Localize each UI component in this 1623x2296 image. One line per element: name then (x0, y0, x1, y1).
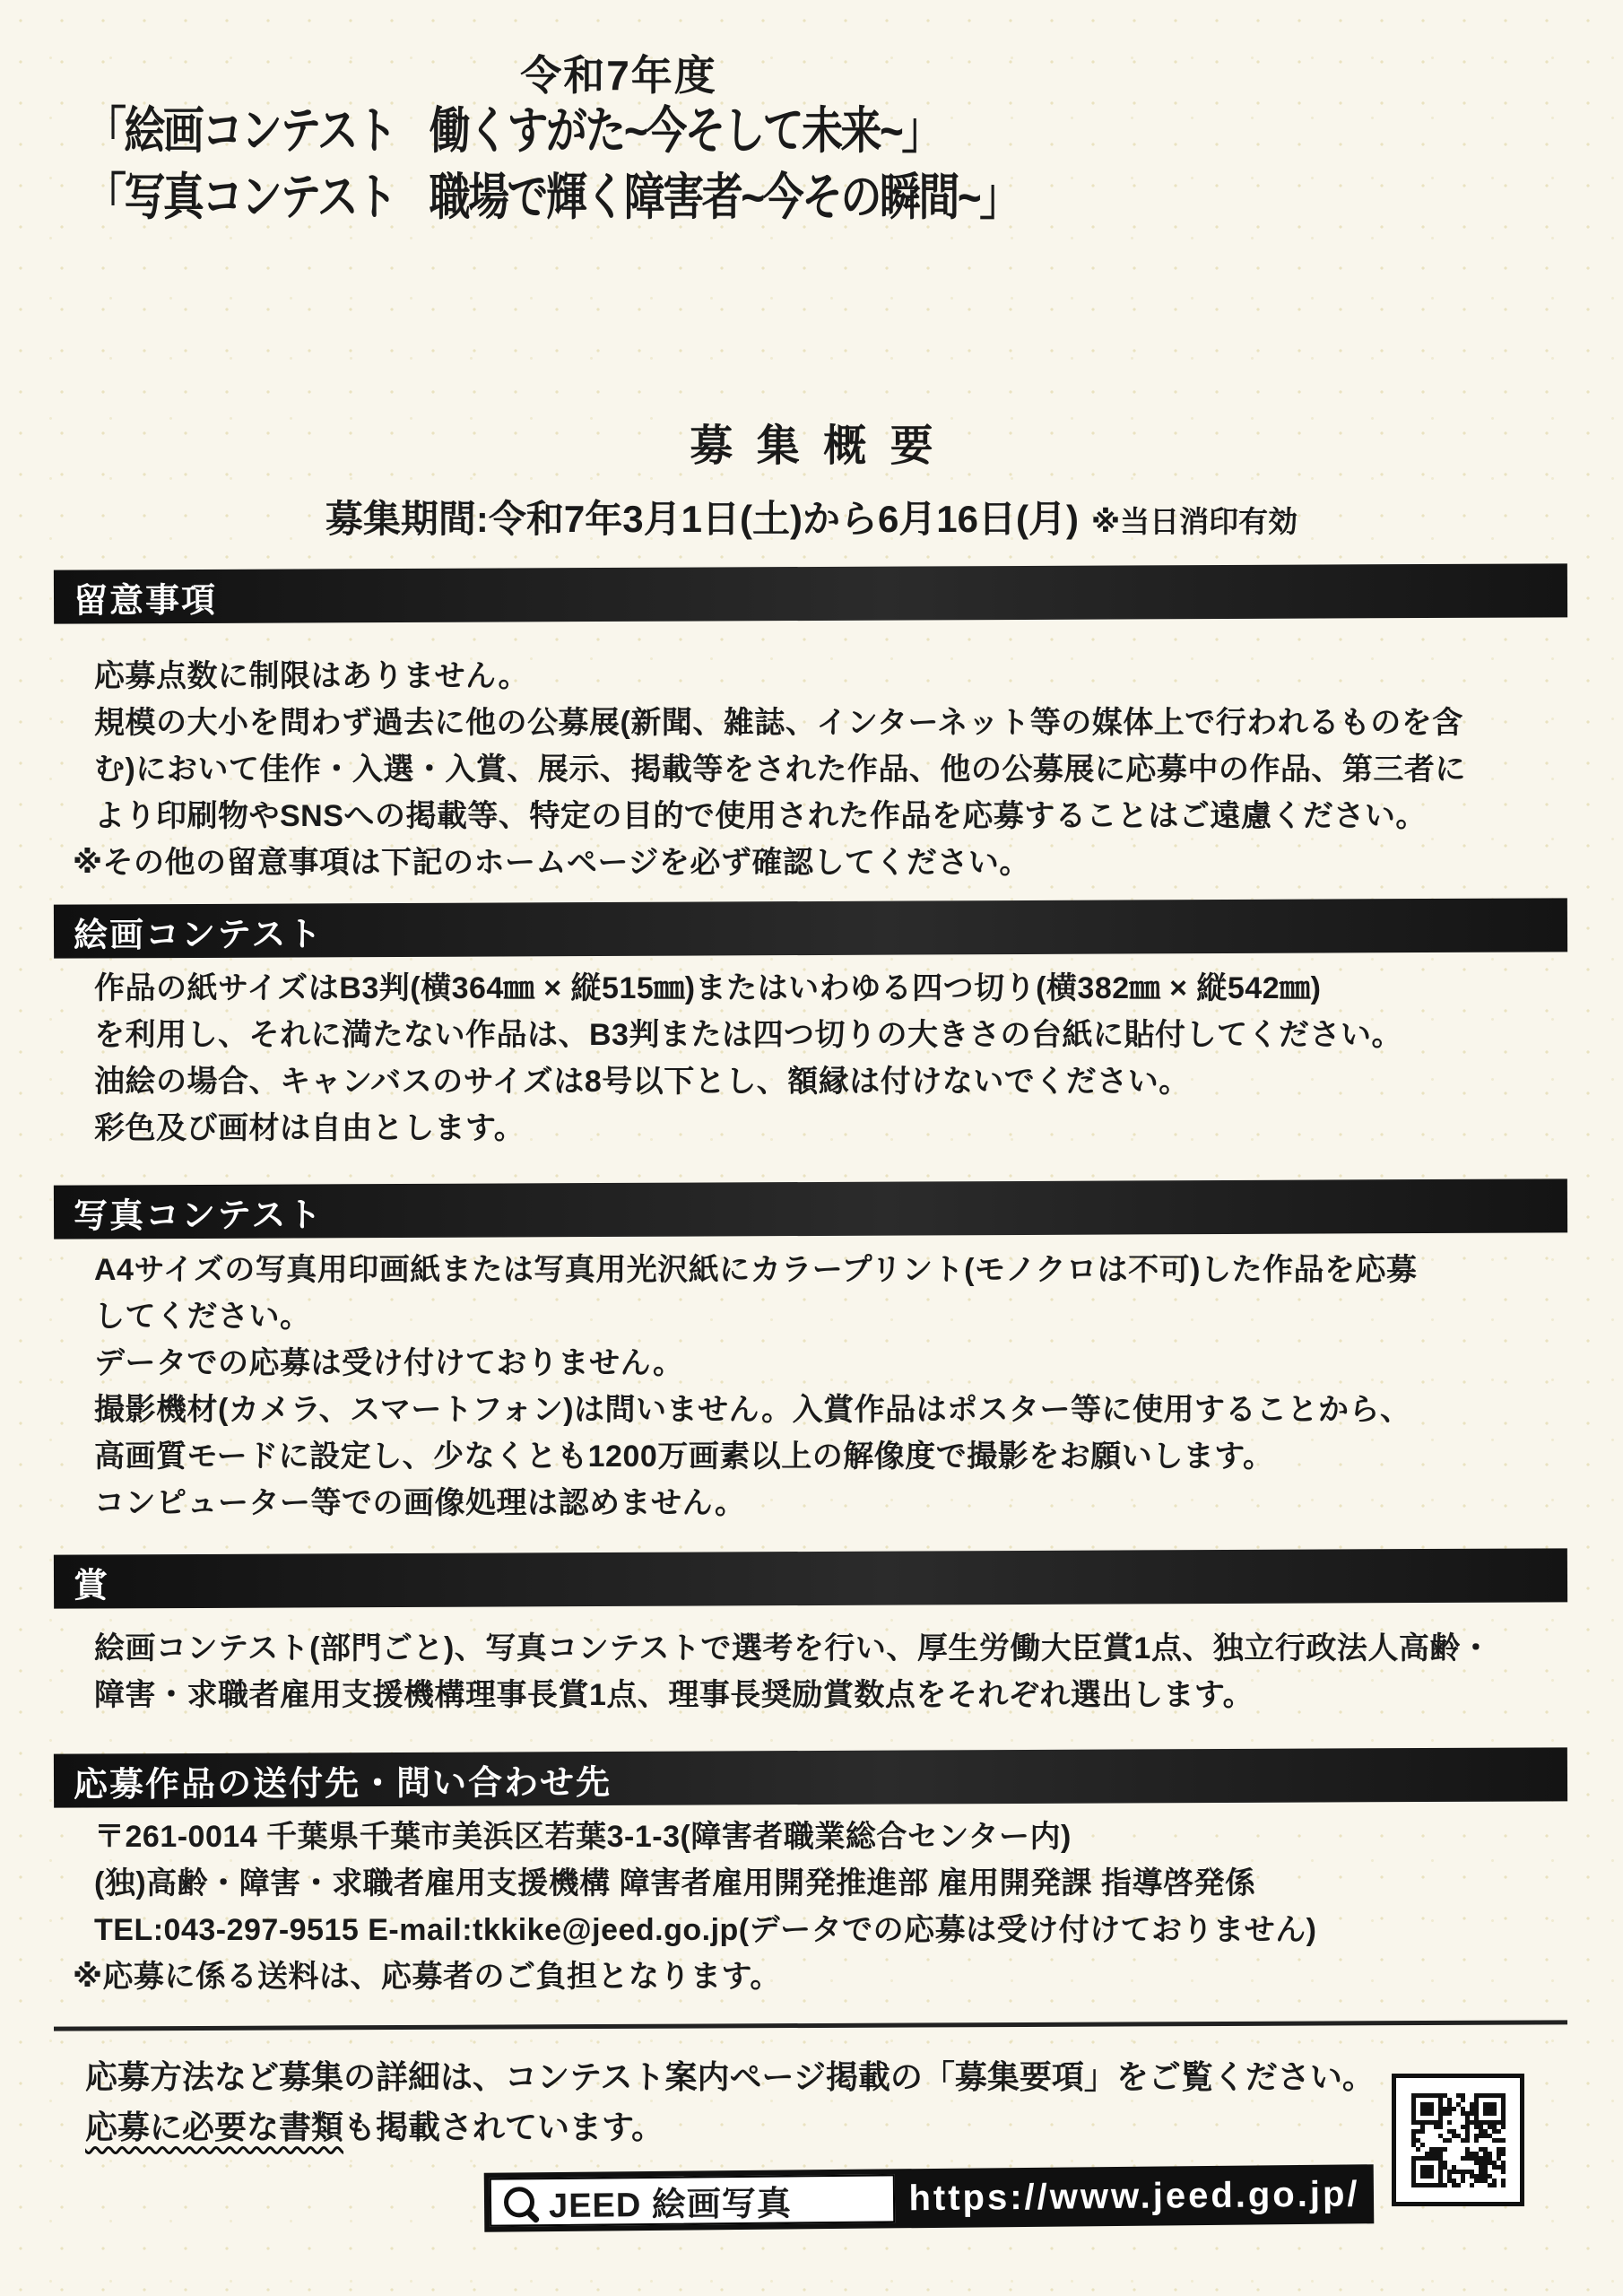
text-line: 規模の大小を問わず過去に他の公募展(新聞、雑誌、インターネット等の媒体上で行われ… (94, 700, 1574, 746)
text-line: より印刷物やSNSへの掲載等、特定の目的で使用された作品を応募することはご遠慮く… (94, 793, 1574, 839)
application-period-text: 募集期間:令和7年3月1日(土)から6月16日(月) (325, 498, 1079, 540)
qr-code (1392, 2074, 1524, 2206)
text-line: 〒261-0014 千葉県千葉市美浜区若葉3-1-3(障害者職業総合センター内) (94, 1813, 1574, 1860)
text-line: ※応募に係る送料は、応募者のご負担となります。 (73, 1953, 1574, 2000)
banner-art-contest: 絵画コンテスト (54, 898, 1567, 958)
text-line: 油絵の場合、キャンバスのサイズは8号以下とし、額縁は付けないでください。 (94, 1058, 1574, 1105)
contest-title-art: 「絵画コンテスト働くすがた~今そして未来~」 (85, 91, 941, 163)
text-line: 作品の紙サイズはB3判(横364㎜ × 縦515㎜)またはいわゆる四つ切り(横3… (94, 965, 1574, 1012)
text-line: (独)高齢・障害・求職者雇用支援機構 障害者雇用開発推進部 雇用開発課 指導啓発… (94, 1860, 1574, 1907)
overview-heading: 募集概要 (0, 411, 1623, 473)
website-url: https://www.jeed.go.jp/ (895, 2174, 1374, 2219)
submission-contact-body: 〒261-0014 千葉県千葉市美浜区若葉3-1-3(障害者職業総合センター内)… (94, 1813, 1574, 2000)
text-line: コンピューター等での画像処理は認めません。 (94, 1480, 1574, 1526)
application-period: 募集期間:令和7年3月1日(土)から6月16日(月)※当日消印有効 (0, 490, 1623, 544)
text-line: A4サイズの写真用印画紙または写真用光沢紙にカラープリント(モノクロは不可)した… (94, 1247, 1574, 1293)
text-line: ※その他の留意事項は下記のホームページを必ず確認してください。 (73, 839, 1574, 886)
footer-docs-emphasis: 応募に必要な書類 (85, 2109, 343, 2145)
contest-title-photo: 「写真コンテスト職場で輝く障害者~今その瞬間~」 (85, 158, 1019, 230)
text-line: TEL:043-297-9515 E-mail:tkkike@jeed.go.j… (94, 1907, 1574, 1953)
footer-detail-line: 応募方法など募集の詳細は、コンテスト案内ページ掲載の「募集要項」をご覧ください。 (85, 2052, 1375, 2098)
footer-docs-rest: も掲載されています。 (343, 2109, 664, 2145)
scanned-flyer: { "colors":{"paper":"#f9f6ec","ink":"#1a… (0, 0, 1623, 2296)
text-line: 撮影機材(カメラ、スマートフォン)は問いません。入賞作品はポスター等に使用するこ… (94, 1387, 1574, 1433)
text-line: データでの応募は受け付けておりません。 (94, 1340, 1574, 1387)
postmark-note: ※当日消印有効 (1091, 505, 1298, 538)
art-contest-body: 作品の紙サイズはB3判(横364㎜ × 縦515㎜)またはいわゆる四つ切り(横3… (94, 965, 1574, 1152)
awards-body: 絵画コンテスト(部門ごと)、写真コンテストで選考を行い、厚生労働大臣賞1点、独立… (94, 1625, 1574, 1718)
banner-notes: 留意事項 (54, 563, 1567, 623)
text-line: 彩色及び画材は自由とします。 (94, 1105, 1574, 1152)
search-icon (504, 2187, 534, 2217)
search-box: JEED 絵画写真 (490, 2174, 895, 2226)
banner-notes-label: 留意事項 (74, 571, 217, 622)
qr-code-pattern (1411, 2093, 1506, 2187)
text-line: してください。 (94, 1293, 1574, 1340)
banner-photo-contest: 写真コンテスト (54, 1178, 1567, 1239)
contest-title-art-theme: 働くすがた~今そして未来~」 (430, 102, 941, 159)
contest-title-photo-name: 「写真コンテスト (85, 169, 395, 225)
contest-title-photo-theme: 職場で輝く障害者~今その瞬間~」 (430, 169, 1019, 225)
notes-body: 応募点数に制限はありません。規模の大小を問わず過去に他の公募展(新聞、雑誌、イン… (94, 653, 1574, 886)
banner-awards-label: 賞 (74, 1557, 109, 1606)
banner-photo-contest-label: 写真コンテスト (74, 1187, 324, 1237)
footer-detail-post: をご覧ください。 (1116, 2058, 1375, 2095)
banner-submission-contact: 応募作品の送付先・問い合わせ先 (54, 1747, 1567, 1807)
text-line: を利用し、それに満たない作品は、B3判または四つ切りの大きさの台紙に貼付してくだ… (94, 1012, 1574, 1058)
footer-detail-pre: 応募方法など募集の詳細は、コンテスト案内ページ掲載の (85, 2058, 923, 2095)
url-bar: JEED 絵画写真 https://www.jeed.go.jp/ (484, 2164, 1375, 2232)
text-line: む)において佳作・入選・入賞、展示、掲載等をされた作品、他の公募展に応募中の作品… (94, 746, 1574, 793)
text-line: 障害・求職者雇用支援機構理事長賞1点、理事長奨励賞数点をそれぞれ選出します。 (94, 1672, 1574, 1718)
search-keywords: JEED 絵画写真 (549, 2175, 792, 2227)
contest-title-art-name: 「絵画コンテスト (85, 102, 395, 159)
footer-detail-guideline: 「募集要項」 (923, 2058, 1116, 2095)
text-line: 応募点数に制限はありません。 (94, 653, 1574, 700)
text-line: 絵画コンテスト(部門ごと)、写真コンテストで選考を行い、厚生労働大臣賞1点、独立… (94, 1625, 1574, 1672)
photo-contest-body: A4サイズの写真用印画紙または写真用光沢紙にカラープリント(モノクロは不可)した… (94, 1247, 1574, 1526)
banner-art-contest-label: 絵画コンテスト (74, 906, 324, 956)
banner-awards: 賞 (54, 1548, 1567, 1608)
divider-line (54, 2020, 1567, 2031)
text-line: 高画質モードに設定し、少なくとも1200万画素以上の解像度で撮影をお願いします。 (94, 1433, 1574, 1480)
banner-submission-contact-label: 応募作品の送付先・問い合わせ先 (74, 1753, 612, 1805)
footer-docs-line: 応募に必要な書類も掲載されています。 (85, 2102, 664, 2148)
